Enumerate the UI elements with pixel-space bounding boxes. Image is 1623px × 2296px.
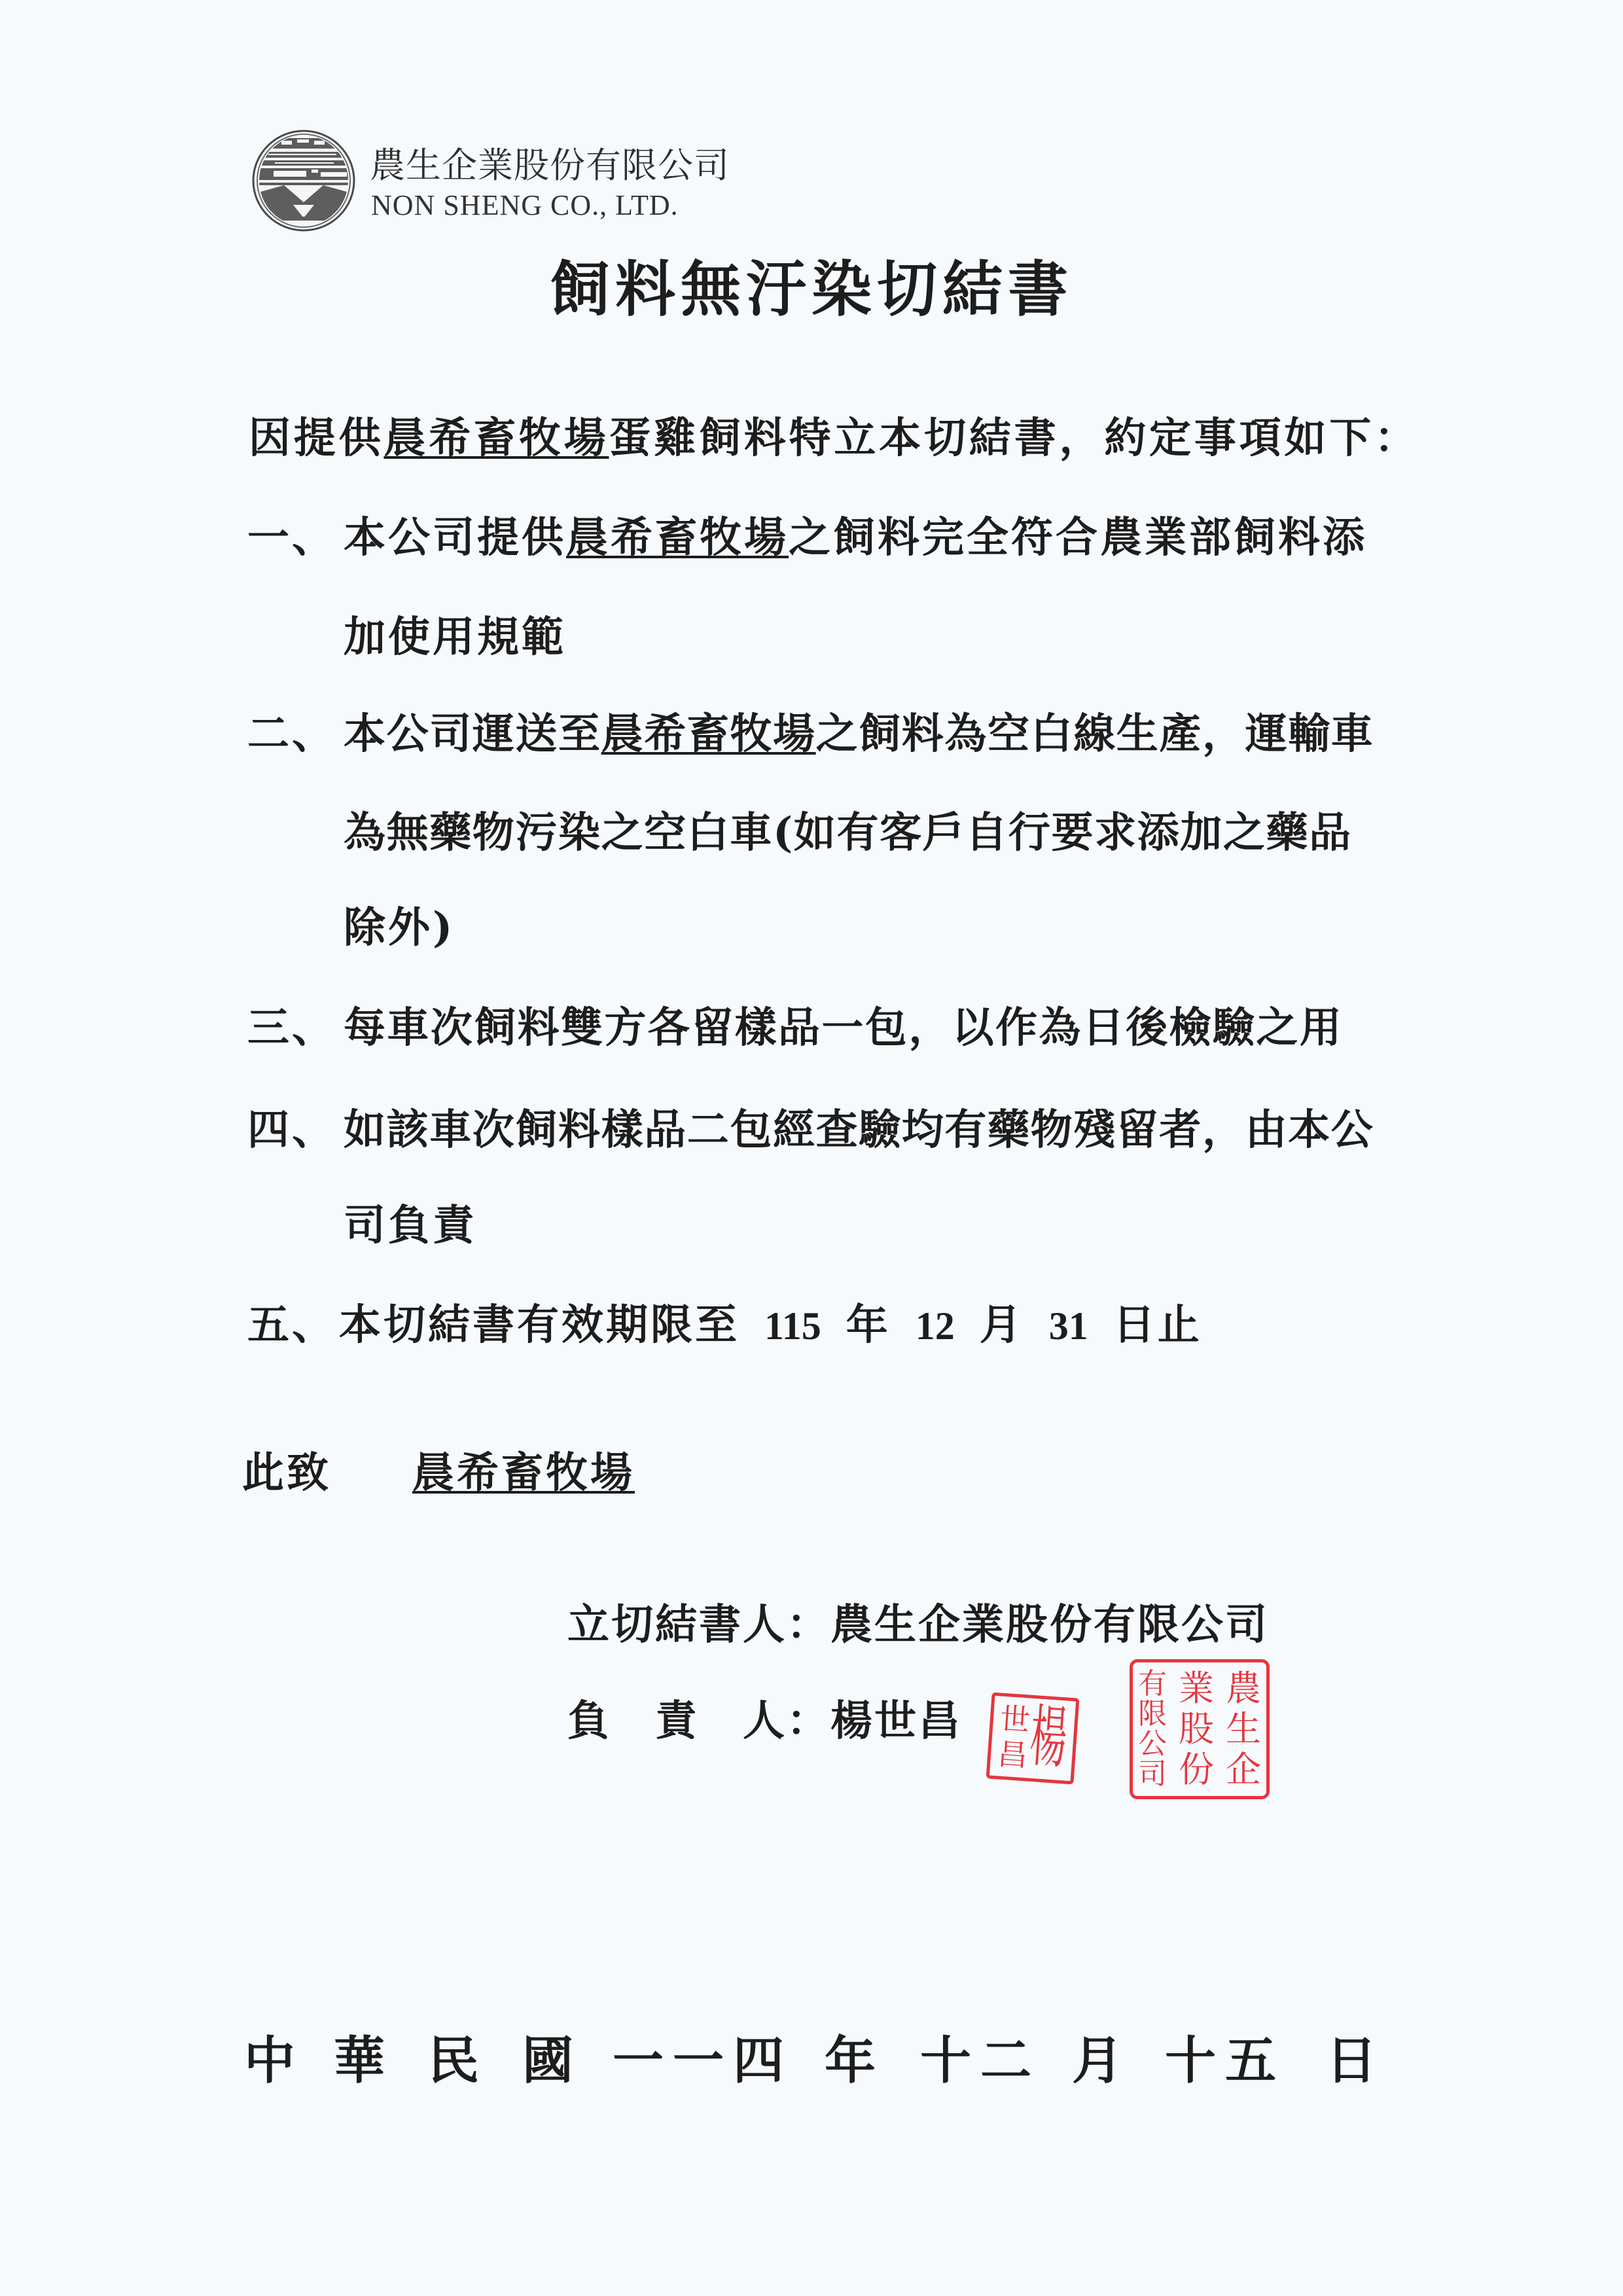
day-unit: 日止 [1113, 1300, 1202, 1350]
item-2-line-1: 本公司運送至晨希畜牧場之飼料為空白線生產，運輸車 [344, 713, 1374, 755]
date-year-unit: 年 [825, 2036, 885, 2087]
date-era-1: 中 [244, 2036, 304, 2087]
item-1-line-2: 加使用規範 [344, 617, 566, 658]
seal-char: 企 [1226, 1750, 1261, 1789]
seal-column: 業 股 份 [1179, 1669, 1214, 1789]
company-logo-icon [251, 129, 356, 232]
item-1-recipient: 晨希畜牧場 [566, 513, 789, 562]
month-unit: 月 [980, 1300, 1024, 1350]
seal-char: 生 [1226, 1710, 1261, 1749]
item-5-before: 本切結書有效期限至 [339, 1300, 740, 1350]
intro-before: 因提供 [249, 414, 383, 463]
item-4-number: 四、 [247, 1109, 336, 1151]
seal-column: 農 生 企 [1226, 1669, 1261, 1789]
valid-until-month: 12 [916, 1304, 955, 1348]
item-1-number: 一、 [247, 517, 336, 559]
seal-char: 股 [1179, 1710, 1214, 1749]
valid-until-year: 115 [764, 1304, 821, 1348]
item-1-line-1: 本公司提供晨希畜牧場之飼料完全符合農業部飼料添 [344, 517, 1367, 559]
company-name-en: NON SHENG CO., LTD. [371, 191, 679, 220]
seal-char: 楊 [1027, 1704, 1069, 1774]
closing-label: 此致 [242, 1452, 331, 1494]
seal-char: 司 [1138, 1759, 1167, 1789]
date-year: 一一四 [613, 2036, 793, 2087]
signatory-line: 立切結書人：農生企業股份有限公司 [567, 1604, 1269, 1646]
item-4-line-1: 如該車次飼料樣品二包經查驗均有藥物殘留者，由本公 [344, 1109, 1374, 1151]
document-page: 農生企業股份有限公司 NON SHENG CO., LTD. 飼料無汙染切結書 … [0, 0, 1623, 2296]
seal-column: 楊 [1027, 1704, 1069, 1776]
seal-char: 昌 [996, 1736, 1029, 1772]
seal-char: 份 [1179, 1750, 1214, 1789]
item-1-before: 本公司提供 [344, 513, 566, 562]
company-seal-stamp: 農 生 企 業 股 份 有 限 公 司 [1130, 1659, 1270, 1799]
closing-recipient: 晨希畜牧場 [412, 1452, 635, 1494]
seal-char: 限 [1138, 1699, 1167, 1729]
date-month-unit: 月 [1072, 2036, 1132, 2087]
valid-until-day: 31 [1049, 1304, 1088, 1348]
year-unit: 年 [846, 1300, 891, 1350]
item-5-line-1: 本切結書有效期限至115年12月31日止 [339, 1304, 1202, 1347]
date-era-2: 華 [334, 2036, 394, 2087]
signatory-label: 立切結書人： [567, 1600, 830, 1649]
seal-char: 農 [1226, 1669, 1261, 1708]
date-day: 十五 [1165, 2036, 1285, 2087]
item-2-after: 之飼料為空白線生產，運輸車 [816, 709, 1374, 759]
intro-recipient: 晨希畜牧場 [383, 414, 609, 463]
item-2-line-3: 除外) [344, 907, 455, 949]
item-3-line-1: 每車次飼料雙方各留樣品一包，以作為日後檢驗之用 [344, 1007, 1343, 1049]
date-era-4: 國 [522, 2036, 582, 2087]
item-2-line-2: 為無藥物污染之空白車(如有客戶自行要求添加之藥品 [344, 812, 1352, 854]
seal-char: 有 [1138, 1669, 1167, 1699]
intro-after: 蛋雞飼料特立本切結書，約定事項如下： [609, 414, 1419, 463]
seal-column: 世 昌 [996, 1702, 1031, 1773]
signatory-company: 農生企業股份有限公司 [830, 1600, 1269, 1649]
item-3-number: 三、 [247, 1007, 336, 1049]
date-era-3: 民 [428, 2036, 488, 2087]
item-4-line-2: 司負責 [344, 1205, 477, 1247]
item-2-before: 本公司運送至 [344, 709, 601, 759]
item-2-recipient: 晨希畜牧場 [601, 709, 816, 759]
closing-recipient-name: 晨希畜牧場 [412, 1448, 635, 1498]
seal-char: 業 [1179, 1669, 1214, 1708]
seal-char: 公 [1138, 1729, 1167, 1759]
company-name-zh: 農生企業股份有限公司 [370, 148, 730, 183]
date-day-unit: 日 [1326, 2036, 1386, 2087]
item-1-after: 之飼料完全符合農業部飼料添 [789, 513, 1367, 562]
item-2-number: 二、 [247, 713, 336, 755]
document-title: 飼料無汙染切結書 [550, 259, 1073, 319]
representative-line: 負 責 人：楊世昌 [567, 1700, 962, 1742]
personal-seal-stamp: 楊 世 昌 [986, 1692, 1080, 1784]
item-5-number: 五、 [247, 1304, 336, 1346]
intro-line: 因提供晨希畜牧場蛋雞飼料特立本切結書，約定事項如下： [249, 418, 1419, 459]
representative-label: 負 責 人： [567, 1696, 830, 1746]
seal-column: 有 限 公 司 [1138, 1669, 1167, 1789]
representative-name: 楊世昌 [830, 1696, 962, 1746]
date-month: 十二 [920, 2036, 1041, 2087]
seal-char: 世 [999, 1702, 1031, 1738]
